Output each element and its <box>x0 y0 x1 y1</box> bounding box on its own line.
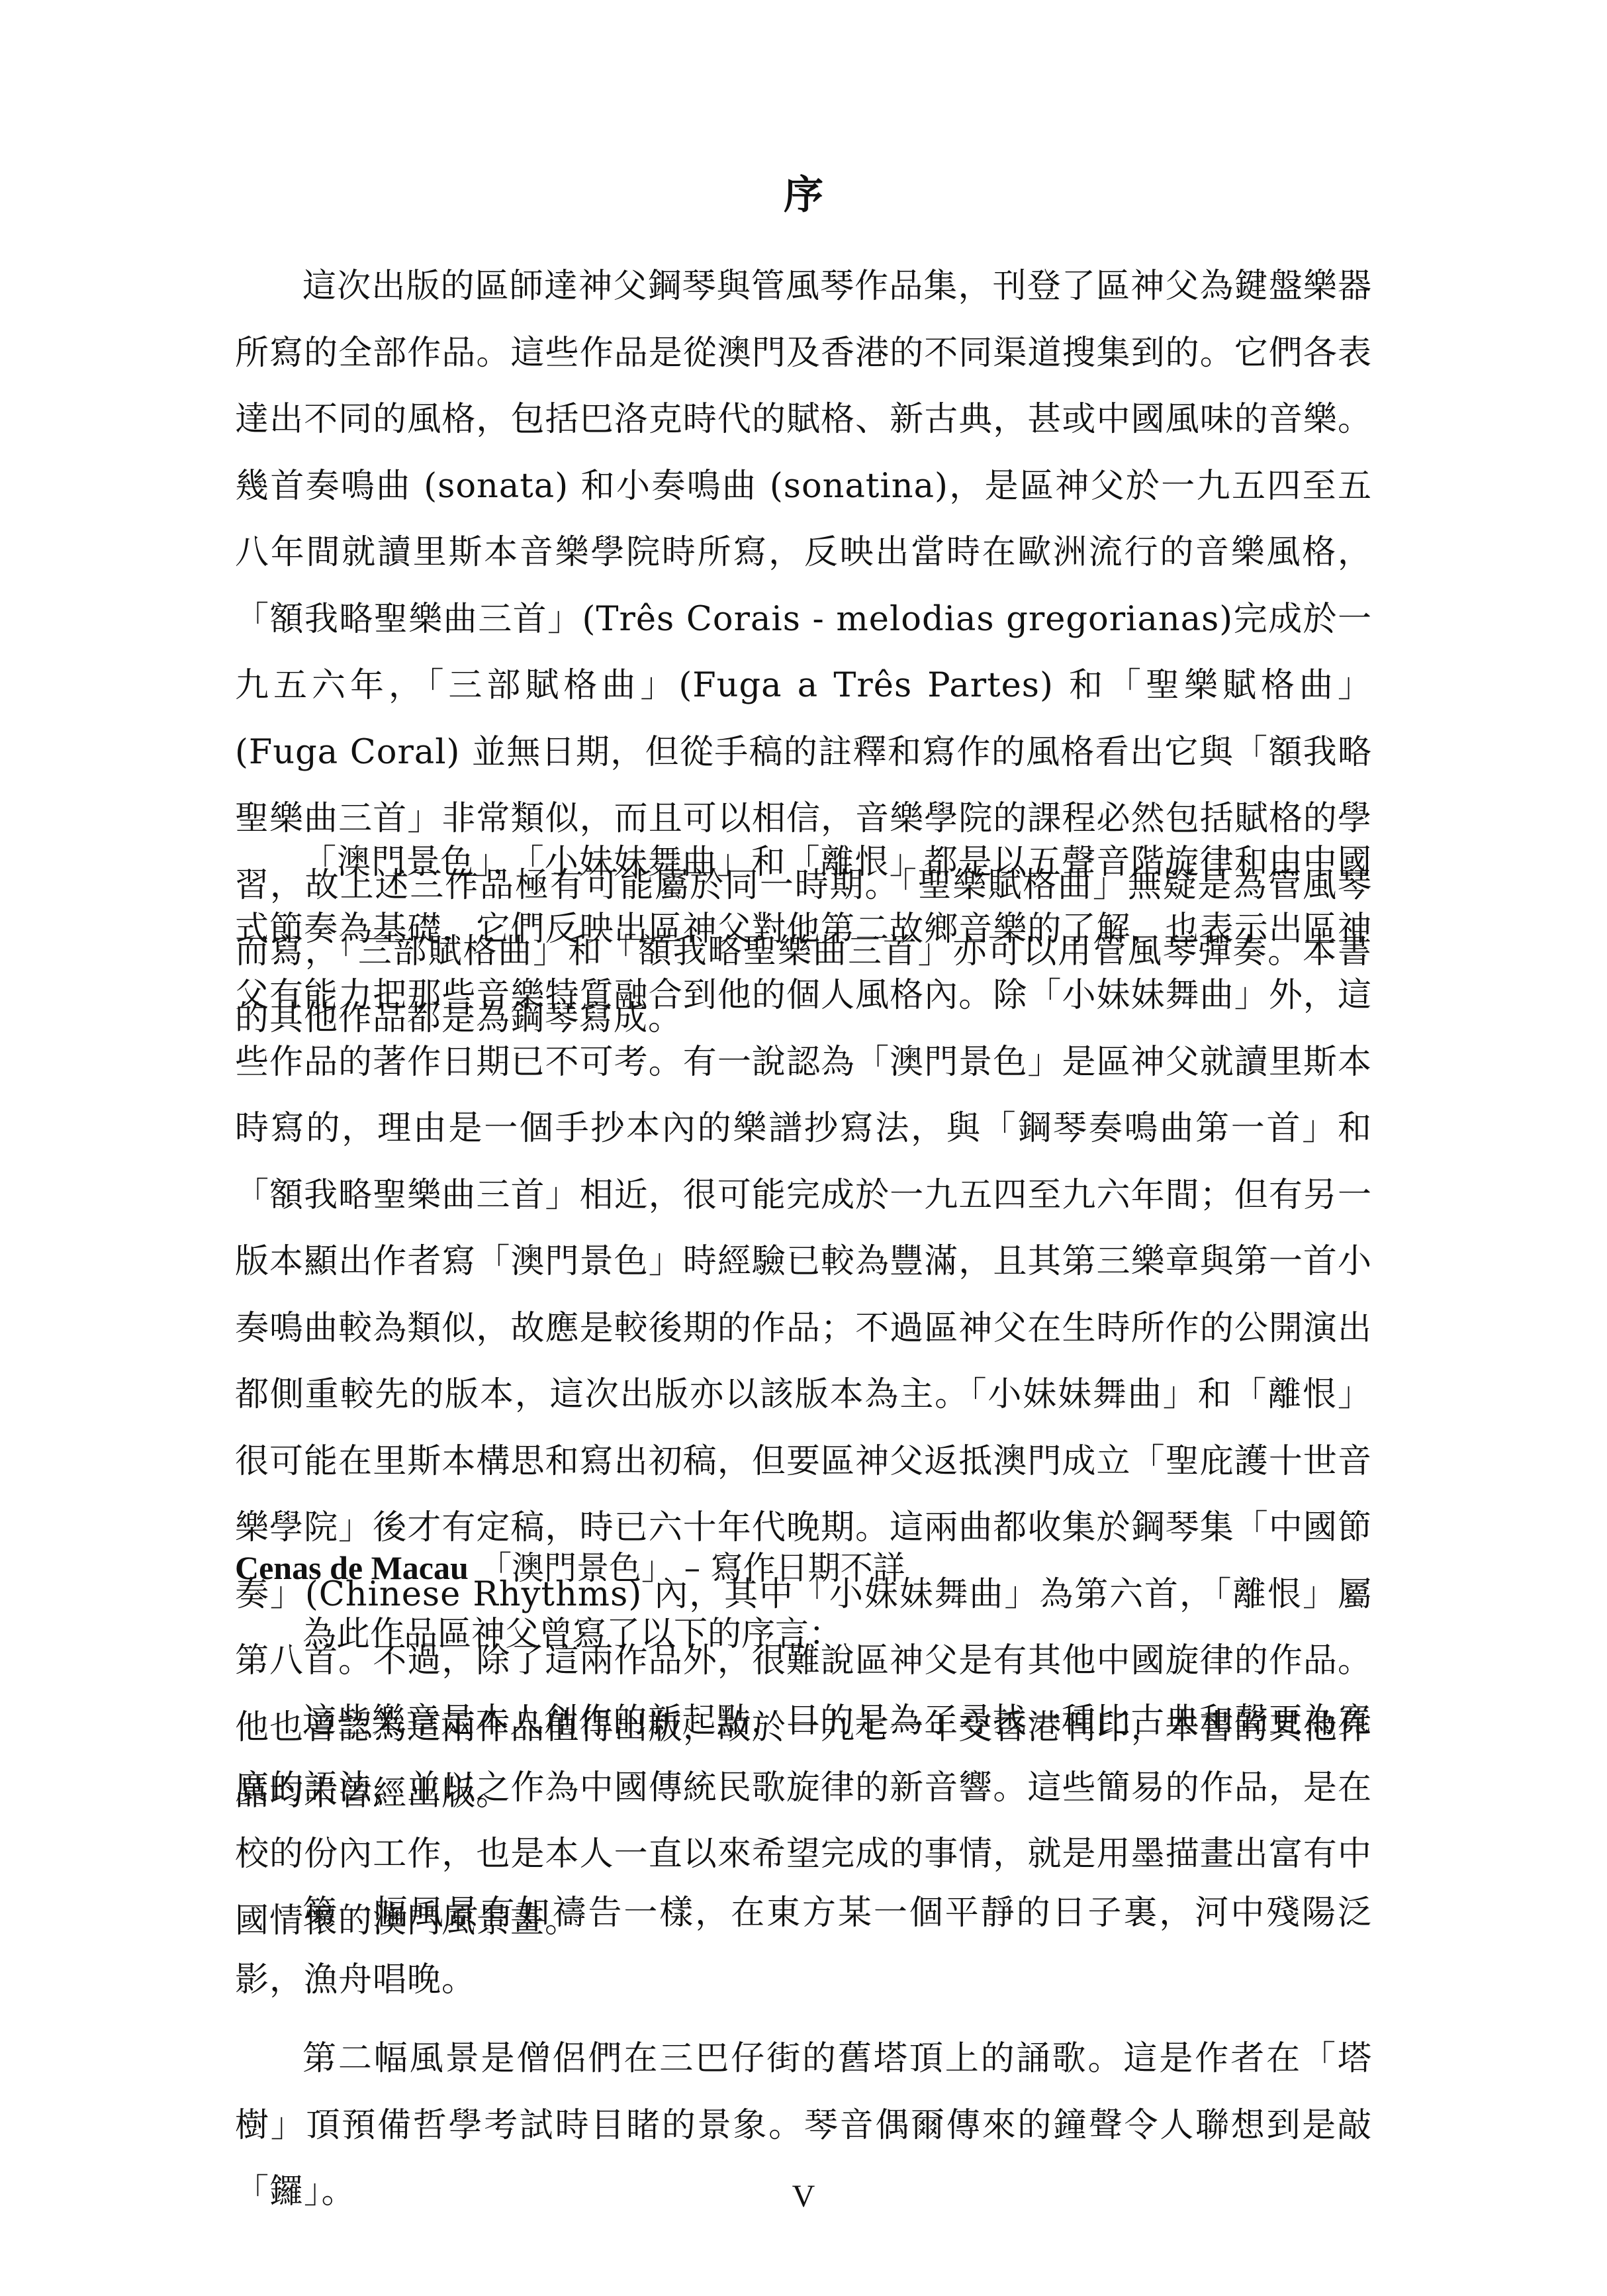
section-heading: Cenas de Macau 「澳門景色」 – 寫作日期不詳 <box>235 1535 1372 1602</box>
page-number: V <box>0 2178 1607 2215</box>
paragraph-text: 「澳門景色」，「小妹妹舞曲」和「離恨」都是以五聲音階旋律和由中國式節奏為基礎，它… <box>235 830 1372 1828</box>
page-title: 序 <box>0 162 1607 228</box>
section-heading-date: 寫作日期不詳 <box>711 1549 905 1587</box>
section-intro: 為此作品區神父曾寫了以下的序言： <box>235 1602 1372 1668</box>
section-heading-cjk: 「澳門景色」 <box>479 1549 674 1587</box>
quote-paragraph-2: 第一幅風景有如禱告一樣，在東方某一個平靜的日子裏，河中殘陽泛影，漁舟唱晚。 <box>235 1880 1372 2013</box>
section-cenas-de-macau: Cenas de Macau 「澳門景色」 – 寫作日期不詳 為此作品區神父曾寫… <box>235 1535 1372 1668</box>
section-heading-dash: – <box>674 1549 711 1587</box>
preface-paragraph-2: 「澳門景色」，「小妹妹舞曲」和「離恨」都是以五聲音階旋律和由中國式節奏為基礎，它… <box>235 830 1372 1828</box>
paragraph-text: 第一幅風景有如禱告一樣，在東方某一個平靜的日子裏，河中殘陽泛影，漁舟唱晚。 <box>235 1880 1372 2013</box>
section-heading-latin: Cenas de Macau <box>235 1549 469 1586</box>
